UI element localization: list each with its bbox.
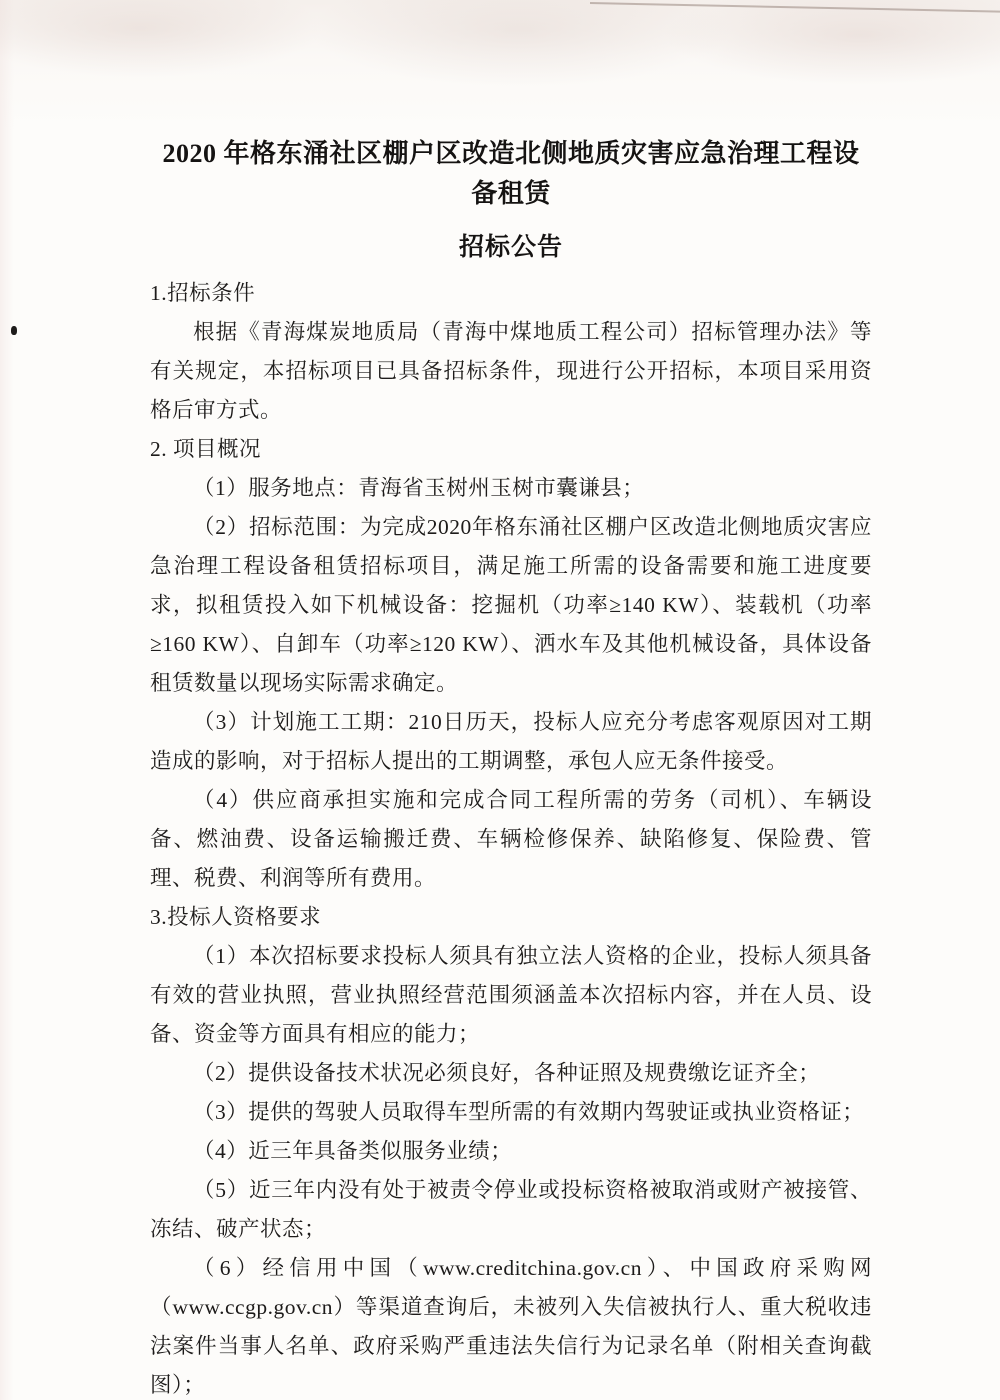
ink-dot-artifact [11, 326, 17, 335]
paragraph: （1）本次招标要求投标人须具有独立法人资格的企业，投标人须具备有效的营业执照，营… [150, 937, 872, 1054]
section-heading: 2. 项目概况 [150, 430, 872, 469]
document-sections: 1.招标条件根据《青海煤炭地质局（青海中煤地质工程公司）招标管理办法》等有关规定… [150, 274, 872, 1400]
paragraph: （3）提供的驾驶人员取得车型所需的有效期内驾驶证或执业资格证； [150, 1093, 872, 1132]
paragraph: （4）近三年具备类似服务业绩； [150, 1132, 872, 1171]
paragraph: （6）经信用中国（www.creditchina.gov.cn）、中国政府采购网… [150, 1249, 872, 1400]
document-title-line2: 招标公告 [150, 228, 872, 268]
paragraph: 根据《青海煤炭地质局（青海中煤地质工程公司）招标管理办法》等有关规定，本招标项目… [150, 313, 872, 430]
section-heading: 3.投标人资格要求 [150, 898, 872, 937]
section-heading: 1.招标条件 [150, 274, 872, 313]
paragraph: （1）服务地点：青海省玉树州玉树市囊谦县； [150, 469, 872, 508]
paragraph: （4）供应商承担实施和完成合同工程所需的劳务（司机）、车辆设备、燃油费、设备运输… [150, 781, 872, 898]
scanned-document-page: { "colors": { "paper": "#fdfcfa", "paper… [0, 0, 1000, 1400]
paragraph: （3）计划施工工期：210日历天，投标人应充分考虑客观原因对工期造成的影响，对于… [150, 703, 872, 781]
document-title-line1: 2020 年格东涌社区棚户区改造北侧地质灾害应急治理工程设备租赁 [150, 134, 872, 214]
paragraph: （2）招标范围：为完成2020年格东涌社区棚户区改造北侧地质灾害应急治理工程设备… [150, 508, 872, 703]
scan-edge-line [590, 2, 1000, 13]
document-body: 2020 年格东涌社区棚户区改造北侧地质灾害应急治理工程设备租赁 招标公告 1.… [150, 134, 872, 1400]
paragraph: （2）提供设备技术状况必须良好，各种证照及规费缴讫证齐全； [150, 1054, 872, 1093]
paragraph: （5）近三年内没有处于被责令停业或投标资格被取消或财产被接管、冻结、破产状态； [150, 1171, 872, 1249]
